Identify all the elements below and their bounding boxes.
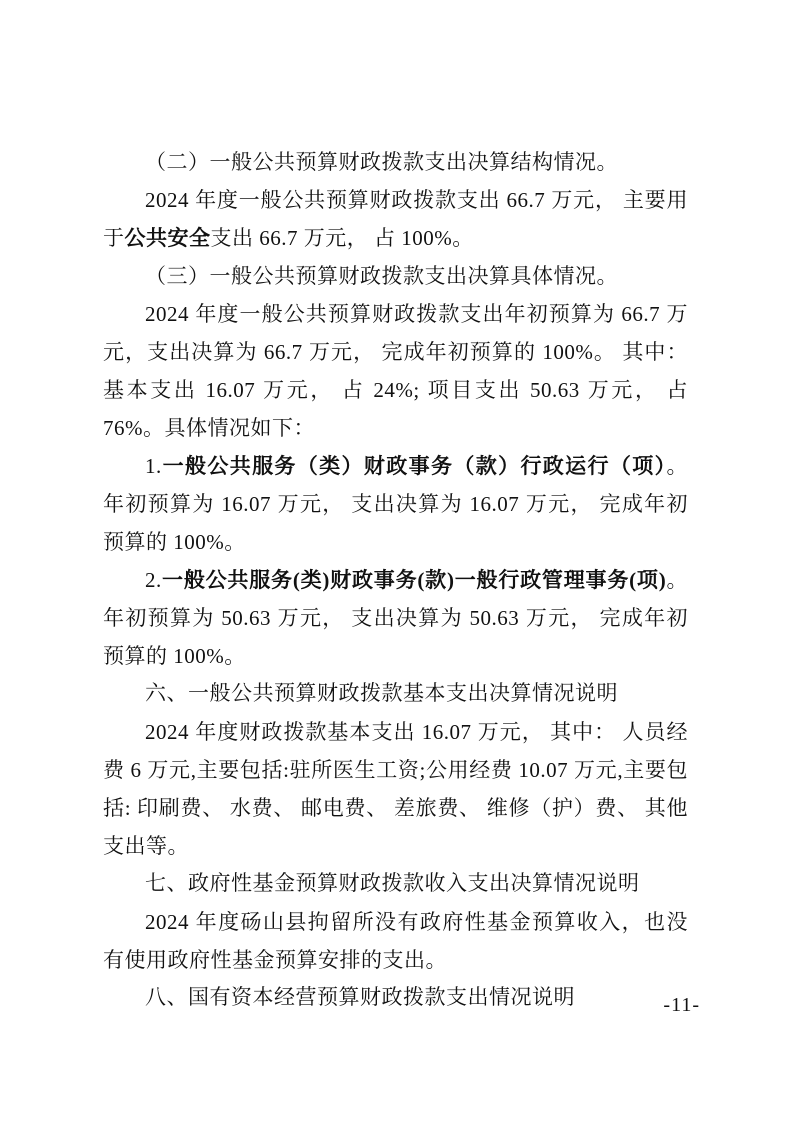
section-heading-basic-expenditure-explanation: 六、一般公共预算财政拨款基本支出决算情况说明 [103, 675, 688, 713]
paragraph-basic-expenditure: 2024 年度财政拨款基本支出 16.07 万元， 其中： 人员经费 6 万元,… [103, 713, 688, 865]
item-title-bold: 一般公共服务（类）财政事务（款）行政运行（项） [162, 454, 667, 478]
list-item-1-admin-operation: 1.一般公共服务（类）财政事务（款）行政运行（项）。年初预算为 16.07 万元… [103, 447, 688, 561]
section-heading-government-fund-budget: 七、政府性基金预算财政拨款收入支出决算情况说明 [103, 865, 688, 903]
text-run-bold-public-safety: 公共安全 [125, 226, 211, 250]
item-number: 2. [145, 568, 162, 592]
item-number: 1. [145, 454, 162, 478]
section-heading-state-capital-budget: 八、国有资本经营预算财政拨款支出情况说明 [103, 979, 688, 1017]
paragraph-expenditure-detail: 2024 年度一般公共预算财政拨款支出年初预算为 66.7 万元，支出决算为 6… [103, 295, 688, 447]
text-run: 支出 66.7 万元， 占 100%。 [211, 226, 474, 250]
item-title-bold: 一般公共服务(类)财政事务(款)一般行政管理事务(项) [162, 568, 666, 592]
document-page: （二）一般公共预算财政拨款支出决算结构情况。 2024 年度一般公共预算财政拨款… [0, 0, 793, 1122]
section-heading-general-budget-expenditure-structure: （二）一般公共预算财政拨款支出决算结构情况。 [103, 143, 688, 181]
section-heading-general-budget-expenditure-detail: （三）一般公共预算财政拨款支出决算具体情况。 [103, 257, 688, 295]
document-body: （二）一般公共预算财政拨款支出决算结构情况。 2024 年度一般公共预算财政拨款… [103, 143, 688, 1017]
paragraph-government-fund: 2024 年度砀山县拘留所没有政府性基金预算收入，也没有使用政府性基金预算安排的… [103, 903, 688, 979]
page-number: -11- [663, 986, 700, 1024]
list-item-2-general-admin-affairs: 2.一般公共服务(类)财政事务(款)一般行政管理事务(项)。年初预算为 50.6… [103, 561, 688, 675]
paragraph-expenditure-structure: 2024 年度一般公共预算财政拨款支出 66.7 万元， 主要用于公共安全支出 … [103, 181, 688, 257]
